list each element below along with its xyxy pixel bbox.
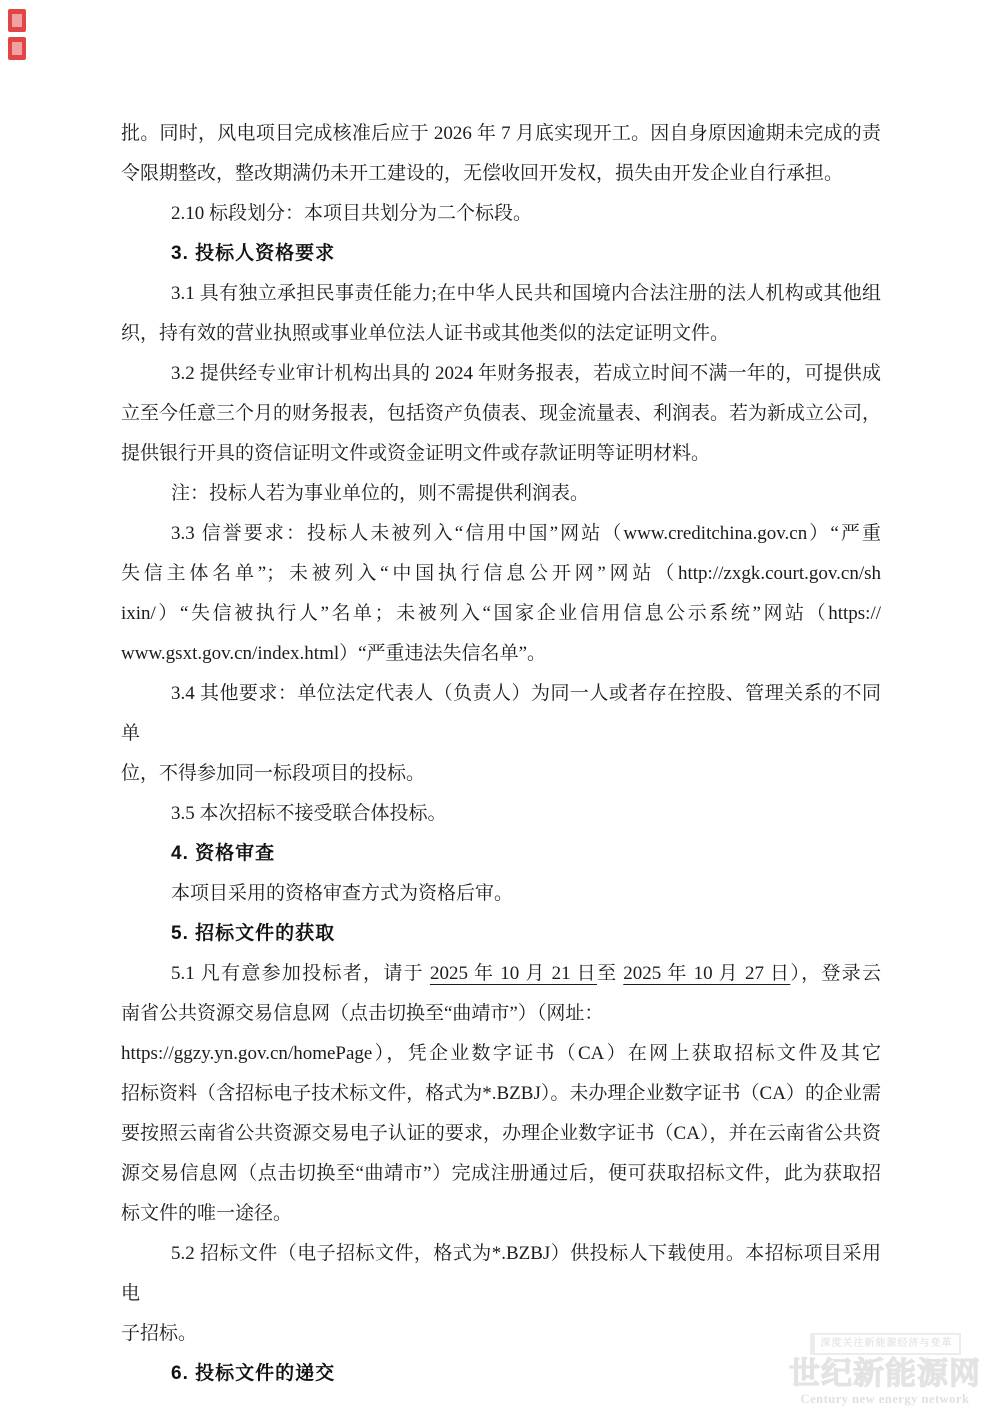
section-heading: 6. 投标文件的递交 bbox=[121, 1354, 881, 1394]
text-segment: 本项目采用的资格审查方式为资格后审。 bbox=[171, 883, 513, 904]
text-line: 3.3 信誉要求：投标人未被列入“信用中国”网站（www.creditchina… bbox=[121, 514, 881, 554]
text-line: 3.5 本次招标不接受联合体投标。 bbox=[121, 794, 881, 834]
text-segment: 要按照云南省公共资源交易电子认证的要求，办理企业数字证书（CA），并在云南省公共… bbox=[121, 1123, 881, 1144]
text-segment: ixin/）“失信被执行人”名单；未被列入“国家企业信用信息公示系统”网站（ht… bbox=[121, 603, 881, 624]
text-segment: 批。同时，风电项目完成核准后应于 2026 年 7 月底实现开工。因自身原因逾期… bbox=[121, 123, 881, 144]
text-segment: 注：投标人若为事业单位的，则不需提供利润表。 bbox=[171, 483, 589, 504]
text-line: 3.1 具有独立承担民事责任能力;在中华人民共和国境内合法注册的法人机构或其他组 bbox=[121, 274, 881, 314]
text-segment: 子招标。 bbox=[121, 1323, 197, 1344]
text-segment: 立至今任意三个月的财务报表，包括资产负债表、现金流量表、利润表。若为新成立公司， bbox=[121, 403, 881, 424]
text-line: 注：投标人若为事业单位的，则不需提供利润表。 bbox=[121, 474, 881, 514]
text-line: 5.1 凡有意参加投标者，请于 2025 年 10 月 21 日至 2025 年… bbox=[121, 954, 881, 994]
text-segment: 源交易信息网（点击切换至“曲靖市”）完成注册通过后，便可获取招标文件，此为获取招 bbox=[121, 1163, 881, 1184]
text-segment: 4. 资格审查 bbox=[171, 843, 275, 864]
watermark-brand: 世纪新能源网 bbox=[780, 1356, 990, 1392]
text-line: 要按照云南省公共资源交易电子认证的要求，办理企业数字证书（CA），并在云南省公共… bbox=[121, 1114, 881, 1154]
red-logo-icon bbox=[8, 37, 26, 60]
document-page: 批。同时，风电项目完成核准后应于 2026 年 7 月底实现开工。因自身原因逾期… bbox=[0, 0, 1000, 1414]
text-line: 招标资料（含招标电子技术标文件，格式为*.BZBJ）。未办理企业数字证书（CA）… bbox=[121, 1074, 881, 1114]
document-body: 批。同时，风电项目完成核准后应于 2026 年 7 月底实现开工。因自身原因逾期… bbox=[121, 114, 881, 1394]
text-segment: 提供银行开具的资信证明文件或资金证明文件或存款证明等证明材料。 bbox=[121, 443, 710, 464]
text-segment: 6. 投标文件的递交 bbox=[171, 1363, 335, 1384]
text-line: 5.2 招标文件（电子招标文件，格式为*.BZBJ）供投标人下载使用。本招标项目… bbox=[121, 1234, 881, 1314]
text-segment: 招标资料（含招标电子技术标文件，格式为*.BZBJ）。未办理企业数字证书（CA）… bbox=[121, 1083, 881, 1104]
watermark-english: Century new energy network bbox=[780, 1392, 990, 1406]
text-segment: 3.4 其他要求：单位法定代表人（负责人）为同一人或者存在控股、管理关系的不同单 bbox=[121, 683, 881, 744]
text-line: 批。同时，风电项目完成核准后应于 2026 年 7 月底实现开工。因自身原因逾期… bbox=[121, 114, 881, 154]
text-segment: 失信主体名单”；未被列入“中国执行信息公开网”网站（http://zxgk.co… bbox=[121, 563, 881, 584]
text-line: 令限期整改，整改期满仍未开工建设的，无偿收回开发权，损失由开发企业自行承担。 bbox=[121, 154, 881, 194]
text-segment: 南省公共资源交易信息网（点击切换至“曲靖市”）（网址： bbox=[121, 1003, 603, 1024]
text-line: www.gsxt.gov.cn/index.html）“严重违法失信名单”。 bbox=[121, 634, 881, 674]
text-segment: 织，持有效的营业执照或事业单位法人证书或其他类似的法定证明文件。 bbox=[121, 323, 729, 344]
text-line: https://ggzy.yn.gov.cn/homePage），凭企业数字证书… bbox=[121, 1034, 881, 1074]
section-heading: 4. 资格审查 bbox=[121, 834, 881, 874]
text-line: 织，持有效的营业执照或事业单位法人证书或其他类似的法定证明文件。 bbox=[121, 314, 881, 354]
text-line: 3.4 其他要求：单位法定代表人（负责人）为同一人或者存在控股、管理关系的不同单 bbox=[121, 674, 881, 754]
text-segment: 位，不得参加同一标段项目的投标。 bbox=[121, 763, 425, 784]
text-segment: ），登录云 bbox=[790, 963, 881, 984]
text-segment: 3.3 信誉要求：投标人未被列入“信用中国”网站（www.creditchina… bbox=[171, 523, 881, 544]
site-watermark: 深度关注新能源经济与变革 世纪新能源网 Century new energy n… bbox=[780, 1333, 990, 1406]
text-line: ixin/）“失信被执行人”名单；未被列入“国家企业信用信息公示系统”网站（ht… bbox=[121, 594, 881, 634]
text-segment: 2.10 标段划分：本项目共划分为二个标段。 bbox=[171, 203, 532, 224]
text-segment: 5. 招标文件的获取 bbox=[171, 923, 335, 944]
text-line: 失信主体名单”；未被列入“中国执行信息公开网”网站（http://zxgk.co… bbox=[121, 554, 881, 594]
text-line: 提供银行开具的资信证明文件或资金证明文件或存款证明等证明材料。 bbox=[121, 434, 881, 474]
corner-stamp-marks bbox=[8, 9, 26, 60]
underlined-date: 2025 年 10 月 21 日 bbox=[430, 963, 597, 984]
text-line: 本项目采用的资格审查方式为资格后审。 bbox=[121, 874, 881, 914]
text-segment: 5.1 凡有意参加投标者，请于 bbox=[171, 963, 430, 984]
section-heading: 5. 招标文件的获取 bbox=[121, 914, 881, 954]
text-line: 标文件的唯一途径。 bbox=[121, 1194, 881, 1234]
text-line: 2.10 标段划分：本项目共划分为二个标段。 bbox=[121, 194, 881, 234]
text-segment: https://ggzy.yn.gov.cn/homePage），凭企业数字证书… bbox=[121, 1043, 881, 1064]
text-segment: 5.2 招标文件（电子招标文件，格式为*.BZBJ）供投标人下载使用。本招标项目… bbox=[121, 1243, 881, 1304]
text-line: 位，不得参加同一标段项目的投标。 bbox=[121, 754, 881, 794]
text-line: 南省公共资源交易信息网（点击切换至“曲靖市”）（网址： bbox=[121, 994, 881, 1034]
text-segment: 3. 投标人资格要求 bbox=[171, 243, 335, 264]
section-heading: 3. 投标人资格要求 bbox=[121, 234, 881, 274]
watermark-tagline: 深度关注新能源经济与变革 bbox=[810, 1333, 961, 1355]
text-segment: www.gsxt.gov.cn/index.html）“严重违法失信名单”。 bbox=[121, 643, 546, 664]
red-logo-icon bbox=[8, 9, 26, 32]
text-line: 3.2 提供经专业审计机构出具的 2024 年财务报表，若成立时间不满一年的，可… bbox=[121, 354, 881, 394]
text-line: 子招标。 bbox=[121, 1314, 881, 1354]
text-segment: 3.5 本次招标不接受联合体投标。 bbox=[171, 803, 447, 824]
text-line: 源交易信息网（点击切换至“曲靖市”）完成注册通过后，便可获取招标文件，此为获取招 bbox=[121, 1154, 881, 1194]
text-segment: 3.2 提供经专业审计机构出具的 2024 年财务报表，若成立时间不满一年的，可… bbox=[171, 363, 881, 384]
text-line: 立至今任意三个月的财务报表，包括资产负债表、现金流量表、利润表。若为新成立公司， bbox=[121, 394, 881, 434]
text-segment: 标文件的唯一途径。 bbox=[121, 1203, 292, 1224]
text-segment: 令限期整改，整改期满仍未开工建设的，无偿收回开发权，损失由开发企业自行承担。 bbox=[121, 163, 843, 184]
underlined-date: 2025 年 10 月 27 日 bbox=[623, 963, 790, 984]
text-segment: 至 bbox=[597, 963, 623, 984]
text-segment: 3.1 具有独立承担民事责任能力;在中华人民共和国境内合法注册的法人机构或其他组 bbox=[171, 283, 881, 304]
